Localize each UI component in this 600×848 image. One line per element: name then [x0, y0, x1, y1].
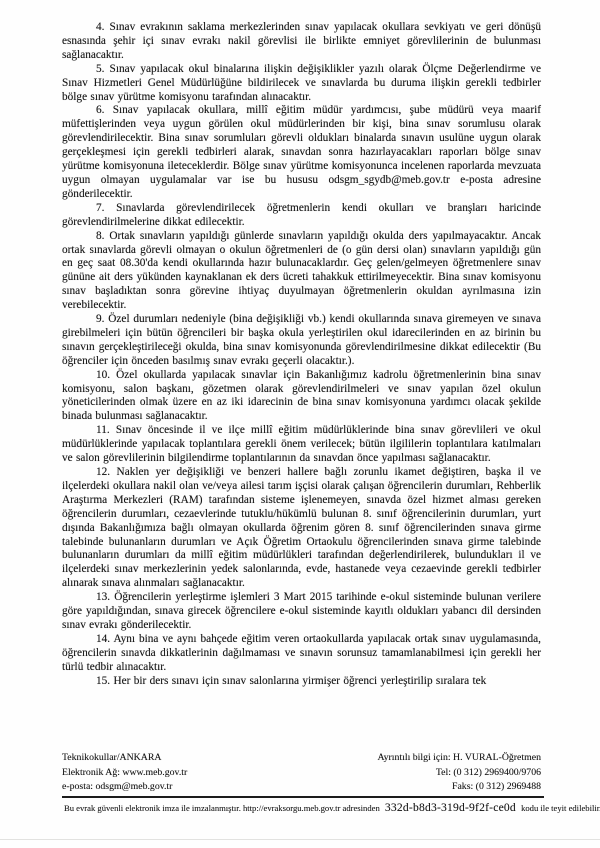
- scan-artifact-line: [0, 839, 600, 840]
- paragraph-11: 11. Sınav öncesinde il ve ilçe millî eği…: [62, 424, 541, 466]
- document-page: 4. Sınav evrakının saklama merkezlerinde…: [0, 0, 600, 848]
- verification-prefix: Bu evrak güvenli elektronik imza ile imz…: [64, 803, 380, 813]
- footer: Teknikokullar/ANKARA Elektronik Ağ: www.…: [62, 751, 541, 795]
- paragraph-14: 14. Aynı bina ve aynı bahçede eğitim ver…: [62, 633, 541, 675]
- footer-contact-right: Ayrıntılı bilgi için: H. VURAL-Öğretmen …: [377, 751, 541, 795]
- paragraph-13: 13. Öğrencilerin yerleştirme işlemleri 3…: [62, 591, 541, 633]
- footer-contact-left: Teknikokullar/ANKARA Elektronik Ağ: www.…: [62, 751, 187, 795]
- paragraph-7: 7. Sınavlarda görevlendirilecek öğretmen…: [62, 202, 541, 230]
- paragraph-15: 15. Her bir ders sınavı için sınav salon…: [62, 675, 541, 689]
- footer-web-line: Elektronik Ağ: www.meb.gov.tr: [62, 766, 187, 781]
- footer-tel-line: Tel: (0 312) 2969400/9706: [377, 766, 541, 781]
- footer-fax-line: Faks: (0 312) 2969488: [377, 780, 541, 795]
- verification-suffix: kodu ile teyit edilebilir.: [521, 803, 600, 813]
- verification-line: Bu evrak güvenli elektronik imza ile imz…: [64, 802, 546, 814]
- paragraph-12: 12. Naklen yer değişikliği ve benzeri ha…: [62, 466, 541, 591]
- paragraph-8: 8. Ortak sınavların yapıldığı günlerde s…: [62, 230, 541, 313]
- paragraph-10: 10. Özel okullarda yapılacak sınavlar iç…: [62, 369, 541, 425]
- verification-code: 332d-b8d3-319d-9f2f-ce0d: [385, 801, 516, 814]
- paragraph-4: 4. Sınav evrakının saklama merkezlerinde…: [62, 21, 541, 63]
- paragraph-9: 9. Özel durumları nedeniyle (bina değişi…: [62, 313, 541, 369]
- footer-email-line: e-posta: odsgm@meb.gov.tr: [62, 780, 187, 795]
- footer-address-line: Teknikokullar/ANKARA: [62, 751, 187, 766]
- footer-divider: [62, 796, 544, 798]
- document-body: 4. Sınav evrakının saklama merkezlerinde…: [62, 21, 541, 689]
- paragraph-6: 6. Sınav yapılacak okullara, millî eğiti…: [62, 104, 541, 201]
- paragraph-5: 5. Sınav yapılacak okul binalarına ilişk…: [62, 63, 541, 105]
- footer-info-line: Ayrıntılı bilgi için: H. VURAL-Öğretmen: [377, 751, 541, 766]
